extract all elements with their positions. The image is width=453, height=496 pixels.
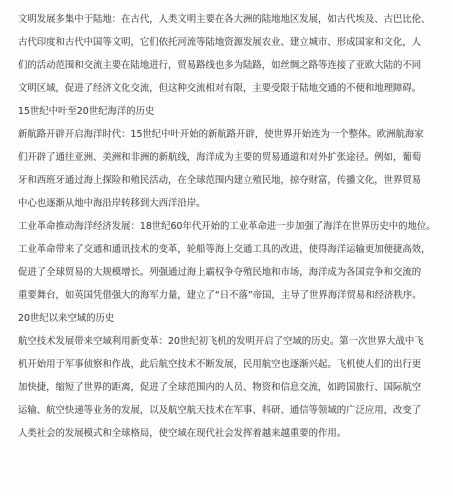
text-line: 们的活动范围和交流主要在陆地进行，贸易路线也多为陆路，如丝绸之路等连接了亚欧大陆… bbox=[18, 54, 446, 77]
document-text: 文明发展多集中于陆地：在古代，人类文明主要在各大洲的陆地地区发展，如古代埃及、古… bbox=[18, 8, 446, 445]
text-line: 人类社会的发展模式和全球格局，使空域在现代社会发挥着越来越重要的作用。 bbox=[18, 422, 446, 445]
text-line: 工业革命推动海洋经济发展：18世纪60年代开始的工业革命进一步加强了海洋在世界历… bbox=[18, 215, 446, 238]
text-line: 新航路开辟开启海洋时代：15世纪中叶开始的新航路开辟，使世界开始连为一个整体。欧… bbox=[18, 123, 446, 146]
text-line: 工业革命带来了交通和通讯技术的变革，轮船等海上交通工具的改进，使得海洋运输更加便… bbox=[18, 238, 446, 261]
section-heading: 20世纪以来空域的历史 bbox=[18, 307, 446, 330]
text-line: 航空技术发展带来空域利用新变革：20世纪初飞机的发明开启了空域的历史。第一次世界… bbox=[18, 330, 446, 353]
text-line: 机开始用于军事侦察和作战，此后航空技术不断发展，民用航空也逐渐兴起。飞机使人们的… bbox=[18, 353, 446, 376]
section-heading: 15世纪中叶至20世纪海洋的历史 bbox=[18, 100, 446, 123]
text-line: 重要舞台，如英国凭借强大的海军力量，建立了“日不落”帝国，主导了世界海洋贸易和经… bbox=[18, 284, 446, 307]
text-line: 中心也逐渐从地中海沿岸转移到大西洋沿岸。 bbox=[18, 192, 446, 215]
text-line: 牙和西班牙通过海上探险和殖民活动，在全球范围内建立殖民地，掠夺财富，传播文化，世… bbox=[18, 169, 446, 192]
text-line: 运输、航空快递等业务的发展，以及航空航天技术在军事、科研、通信等领域的广泛应用，… bbox=[18, 399, 446, 422]
text-line: 文明区域，促进了经济文化交流，但这种交流相对有限，主要受限于陆地交通的不便和地理… bbox=[18, 77, 446, 100]
text-line: 促进了全球贸易的大规模增长。列强通过海上霸权争夺殖民地和市场，海洋成为各国竞争和… bbox=[18, 261, 446, 284]
text-line: 加快捷，缩短了世界的距离，促进了全球范围内的人员、物资和信息交流，如跨国旅行、国… bbox=[18, 376, 446, 399]
text-line: 文明发展多集中于陆地：在古代，人类文明主要在各大洲的陆地地区发展，如古代埃及、古… bbox=[18, 8, 446, 31]
document-page: 文明发展多集中于陆地：在古代，人类文明主要在各大洲的陆地地区发展，如古代埃及、古… bbox=[0, 0, 453, 496]
text-line: 们开辟了通往亚洲、美洲和非洲的新航线，海洋成为主要的贸易通道和对外扩张途径。例如… bbox=[18, 146, 446, 169]
text-line: 古代印度和古代中国等文明，它们依托河流等陆地资源发展农业、建立城市、形成国家和文… bbox=[18, 31, 446, 54]
